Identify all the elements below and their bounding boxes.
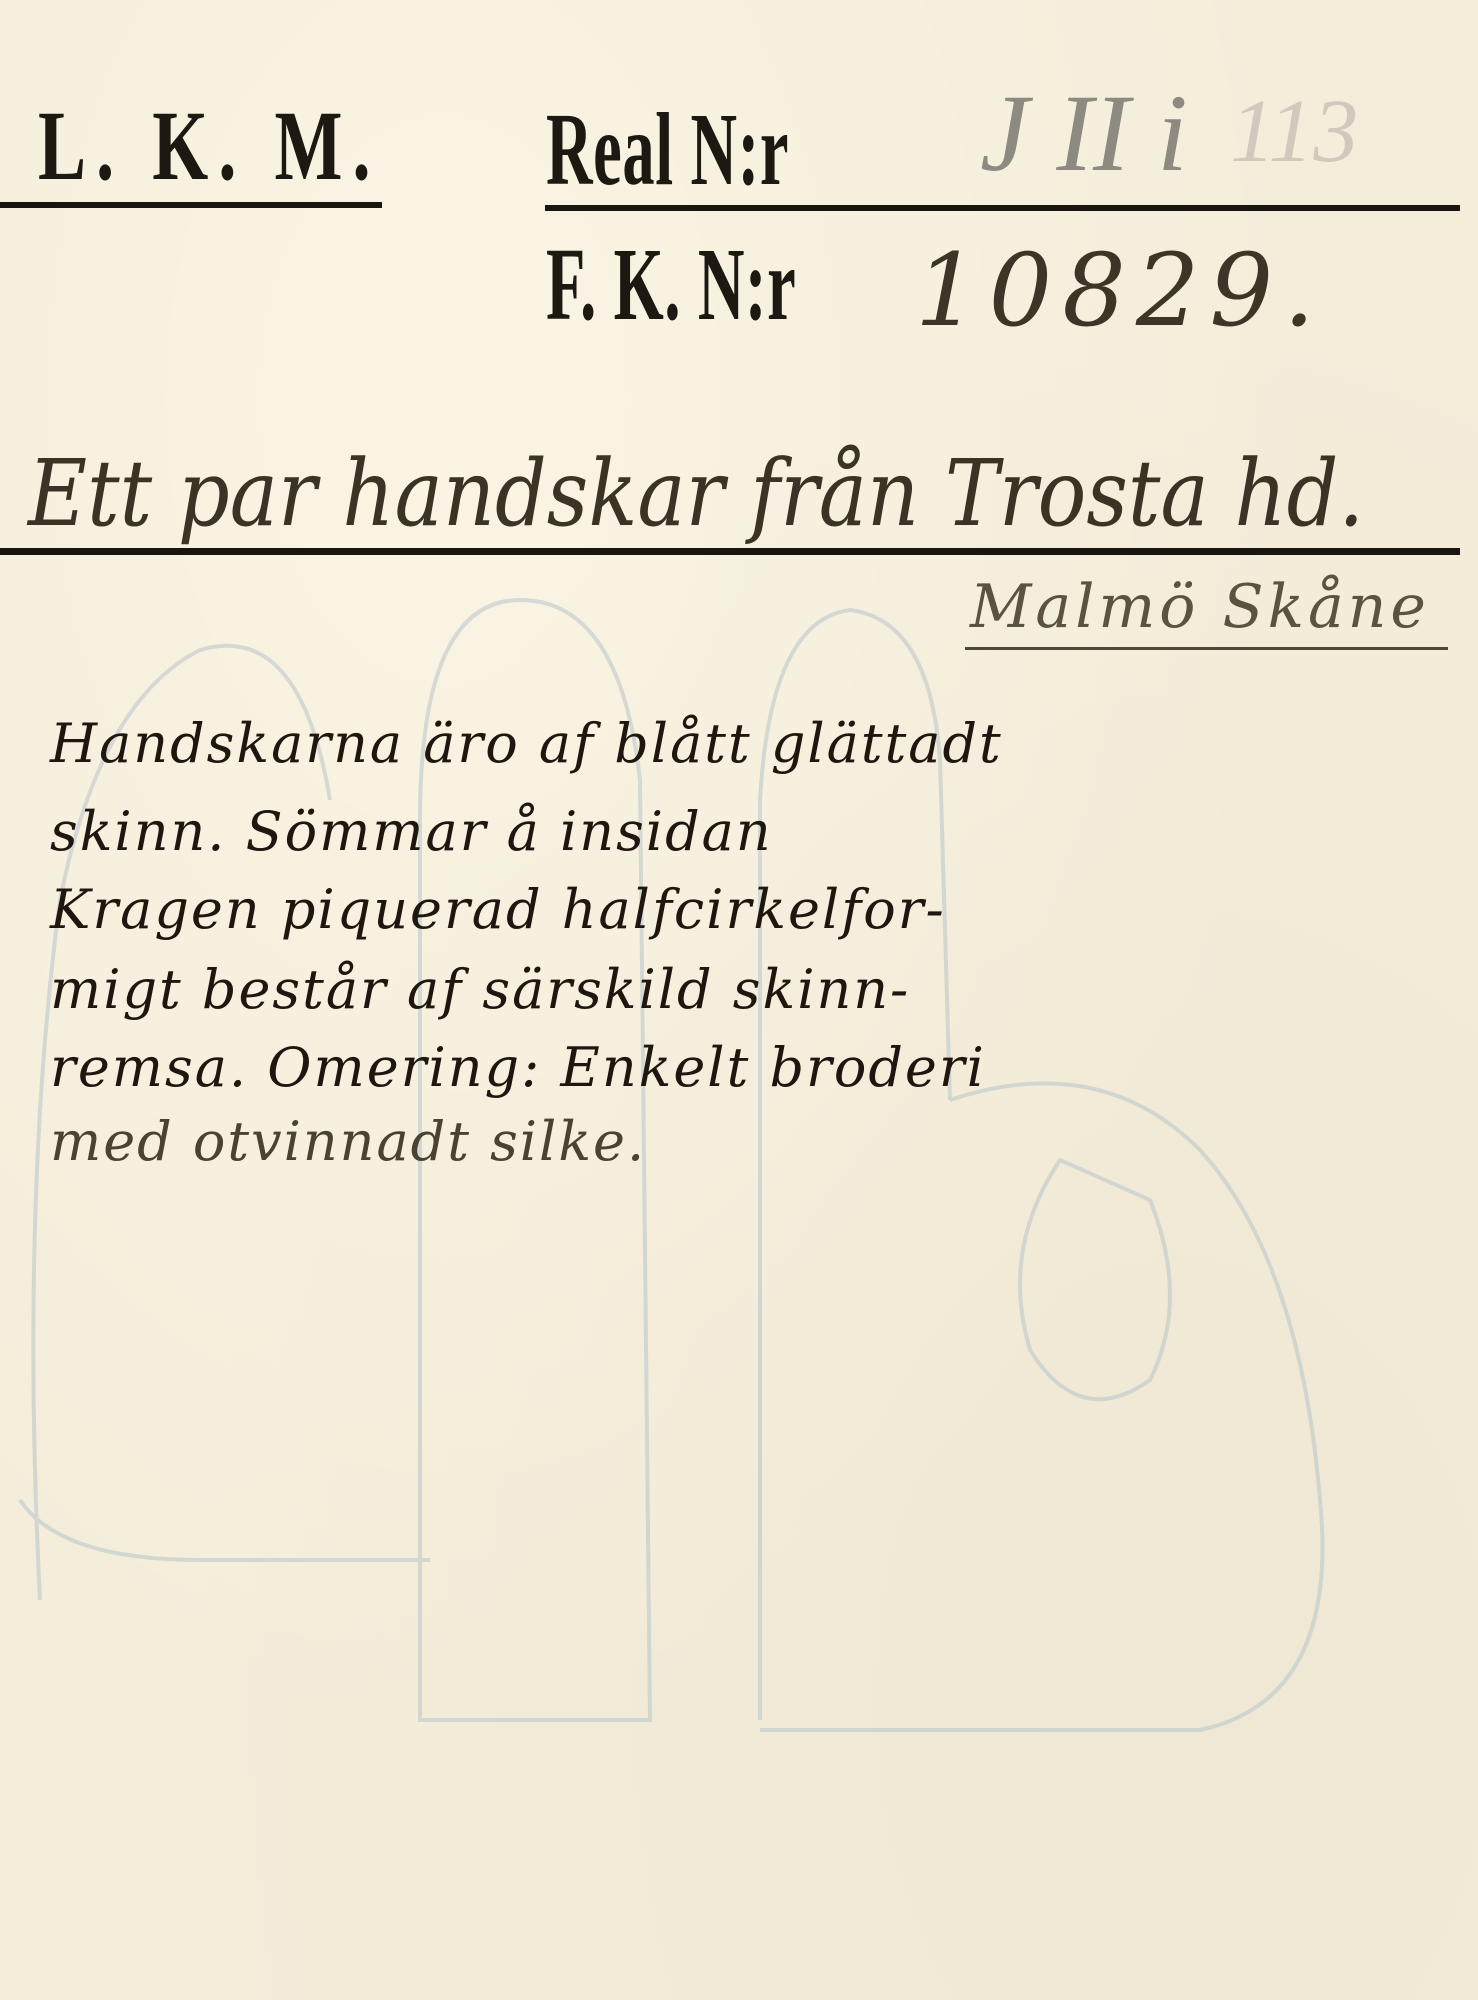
title-underline [0, 548, 1460, 555]
description-line: Kragen piquerad halfcirkelfor- [50, 878, 946, 941]
location-underline [965, 647, 1448, 650]
real-nr-value-erased: 113 [1230, 80, 1358, 183]
object-location: Malmö Skåne [970, 572, 1430, 642]
real-nr-underline [545, 205, 1460, 211]
real-nr-label: Real N:r [546, 90, 789, 209]
description-line: skinn. Sömmar å insidan [50, 800, 773, 863]
fk-nr-value: 10829. [915, 232, 1325, 349]
fk-nr-label: F. K. N:r [546, 225, 796, 344]
museum-label: L. K. M. [38, 88, 381, 203]
object-title: Ett par handskar från Trosta hd. [28, 440, 1364, 547]
description-line: migt består af särskild skinn- [50, 958, 910, 1021]
real-nr-value-pencil: J II i [980, 70, 1188, 197]
description-line: med otvinnadt silke. [50, 1110, 646, 1173]
description-line: remsa. Omering: Enkelt broderi [50, 1036, 986, 1099]
museum-label-underline [0, 202, 382, 208]
description-line: Handskarna äro af blått glättadt [50, 712, 1003, 775]
